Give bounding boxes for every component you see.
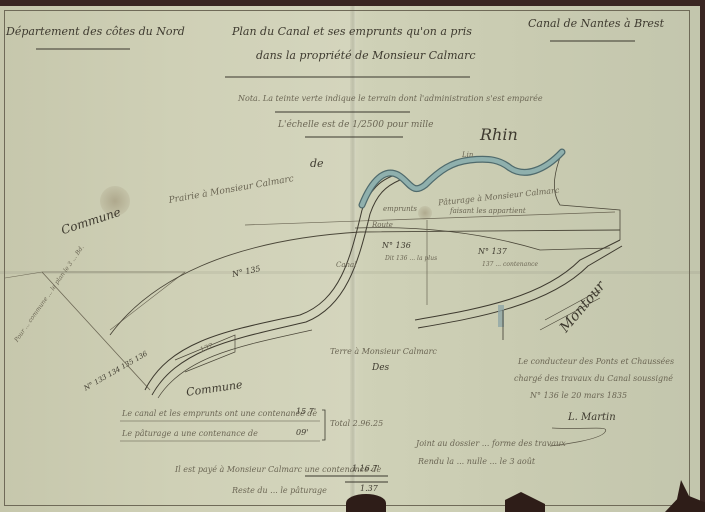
canal-label: Canal bbox=[336, 262, 356, 269]
parcel-136-label: N° 136 bbox=[382, 242, 411, 250]
summary-line-3: Il est payé à Monsieur Calmarc une conte… bbox=[175, 466, 381, 474]
summary-value-1: 15 7' bbox=[296, 408, 316, 416]
title-line-1: Plan du Canal et ses emprunts qu'on a pr… bbox=[232, 26, 472, 37]
summary-value-4: 1.37 bbox=[360, 485, 378, 493]
summary-line-4: Reste du ... le pâturage bbox=[232, 487, 327, 495]
parcel-137-note: 137 ... contenance bbox=[482, 262, 538, 268]
nota-text: Nota. La teinte verte indique le terrain… bbox=[238, 95, 543, 103]
certification-line-1: Le conducteur des Ponts et Chaussées bbox=[518, 358, 674, 366]
pasture-sub-label: faisant les appartient bbox=[450, 208, 526, 215]
signature: L. Martin bbox=[568, 413, 616, 423]
parcel-137-label: N° 137 bbox=[478, 248, 507, 256]
department-label: Département des côtes du Nord bbox=[6, 26, 185, 37]
torn-edge bbox=[346, 494, 386, 512]
terre-label: Terre à Monsieur Calmarc bbox=[330, 348, 437, 356]
parcel-136-note: Dit 136 ... la plus bbox=[385, 256, 437, 262]
bottom-note-line-2: Rendu la ... nulle ... le 3 août bbox=[418, 458, 535, 466]
summary-line-2: Le pâturage a une contenance de bbox=[122, 430, 258, 438]
emprunts-label: emprunts bbox=[383, 206, 417, 213]
road-label: Route bbox=[372, 222, 393, 229]
summary-value-3: 1.16.7' bbox=[352, 465, 380, 473]
summary-value-2: 09' bbox=[296, 429, 308, 437]
title-line-2: dans la propriété de Monsieur Calmarc bbox=[256, 50, 476, 61]
certification-line-2: chargé des travaux du Canal soussigné bbox=[514, 375, 673, 383]
parcel-top-de: de bbox=[310, 158, 324, 169]
summary-bracket-total: Total 2.96.25 bbox=[330, 420, 383, 428]
river-note: Lin bbox=[462, 152, 473, 159]
canal-name: Canal de Nantes à Brest bbox=[528, 18, 664, 29]
river-name-label: Rhin bbox=[480, 127, 518, 143]
summary-line-1: Le canal et les emprunts ont une contena… bbox=[122, 410, 317, 418]
scale-text: L'échelle est de 1/2500 pour mille bbox=[278, 121, 433, 130]
terre-de-label: Des bbox=[372, 364, 389, 373]
bottom-note-line-1: Joint au dossier ... forme des travaux bbox=[416, 440, 566, 448]
certification-line-3: N° 136 le 20 mars 1835 bbox=[530, 392, 627, 400]
map-drawing bbox=[0, 0, 705, 512]
